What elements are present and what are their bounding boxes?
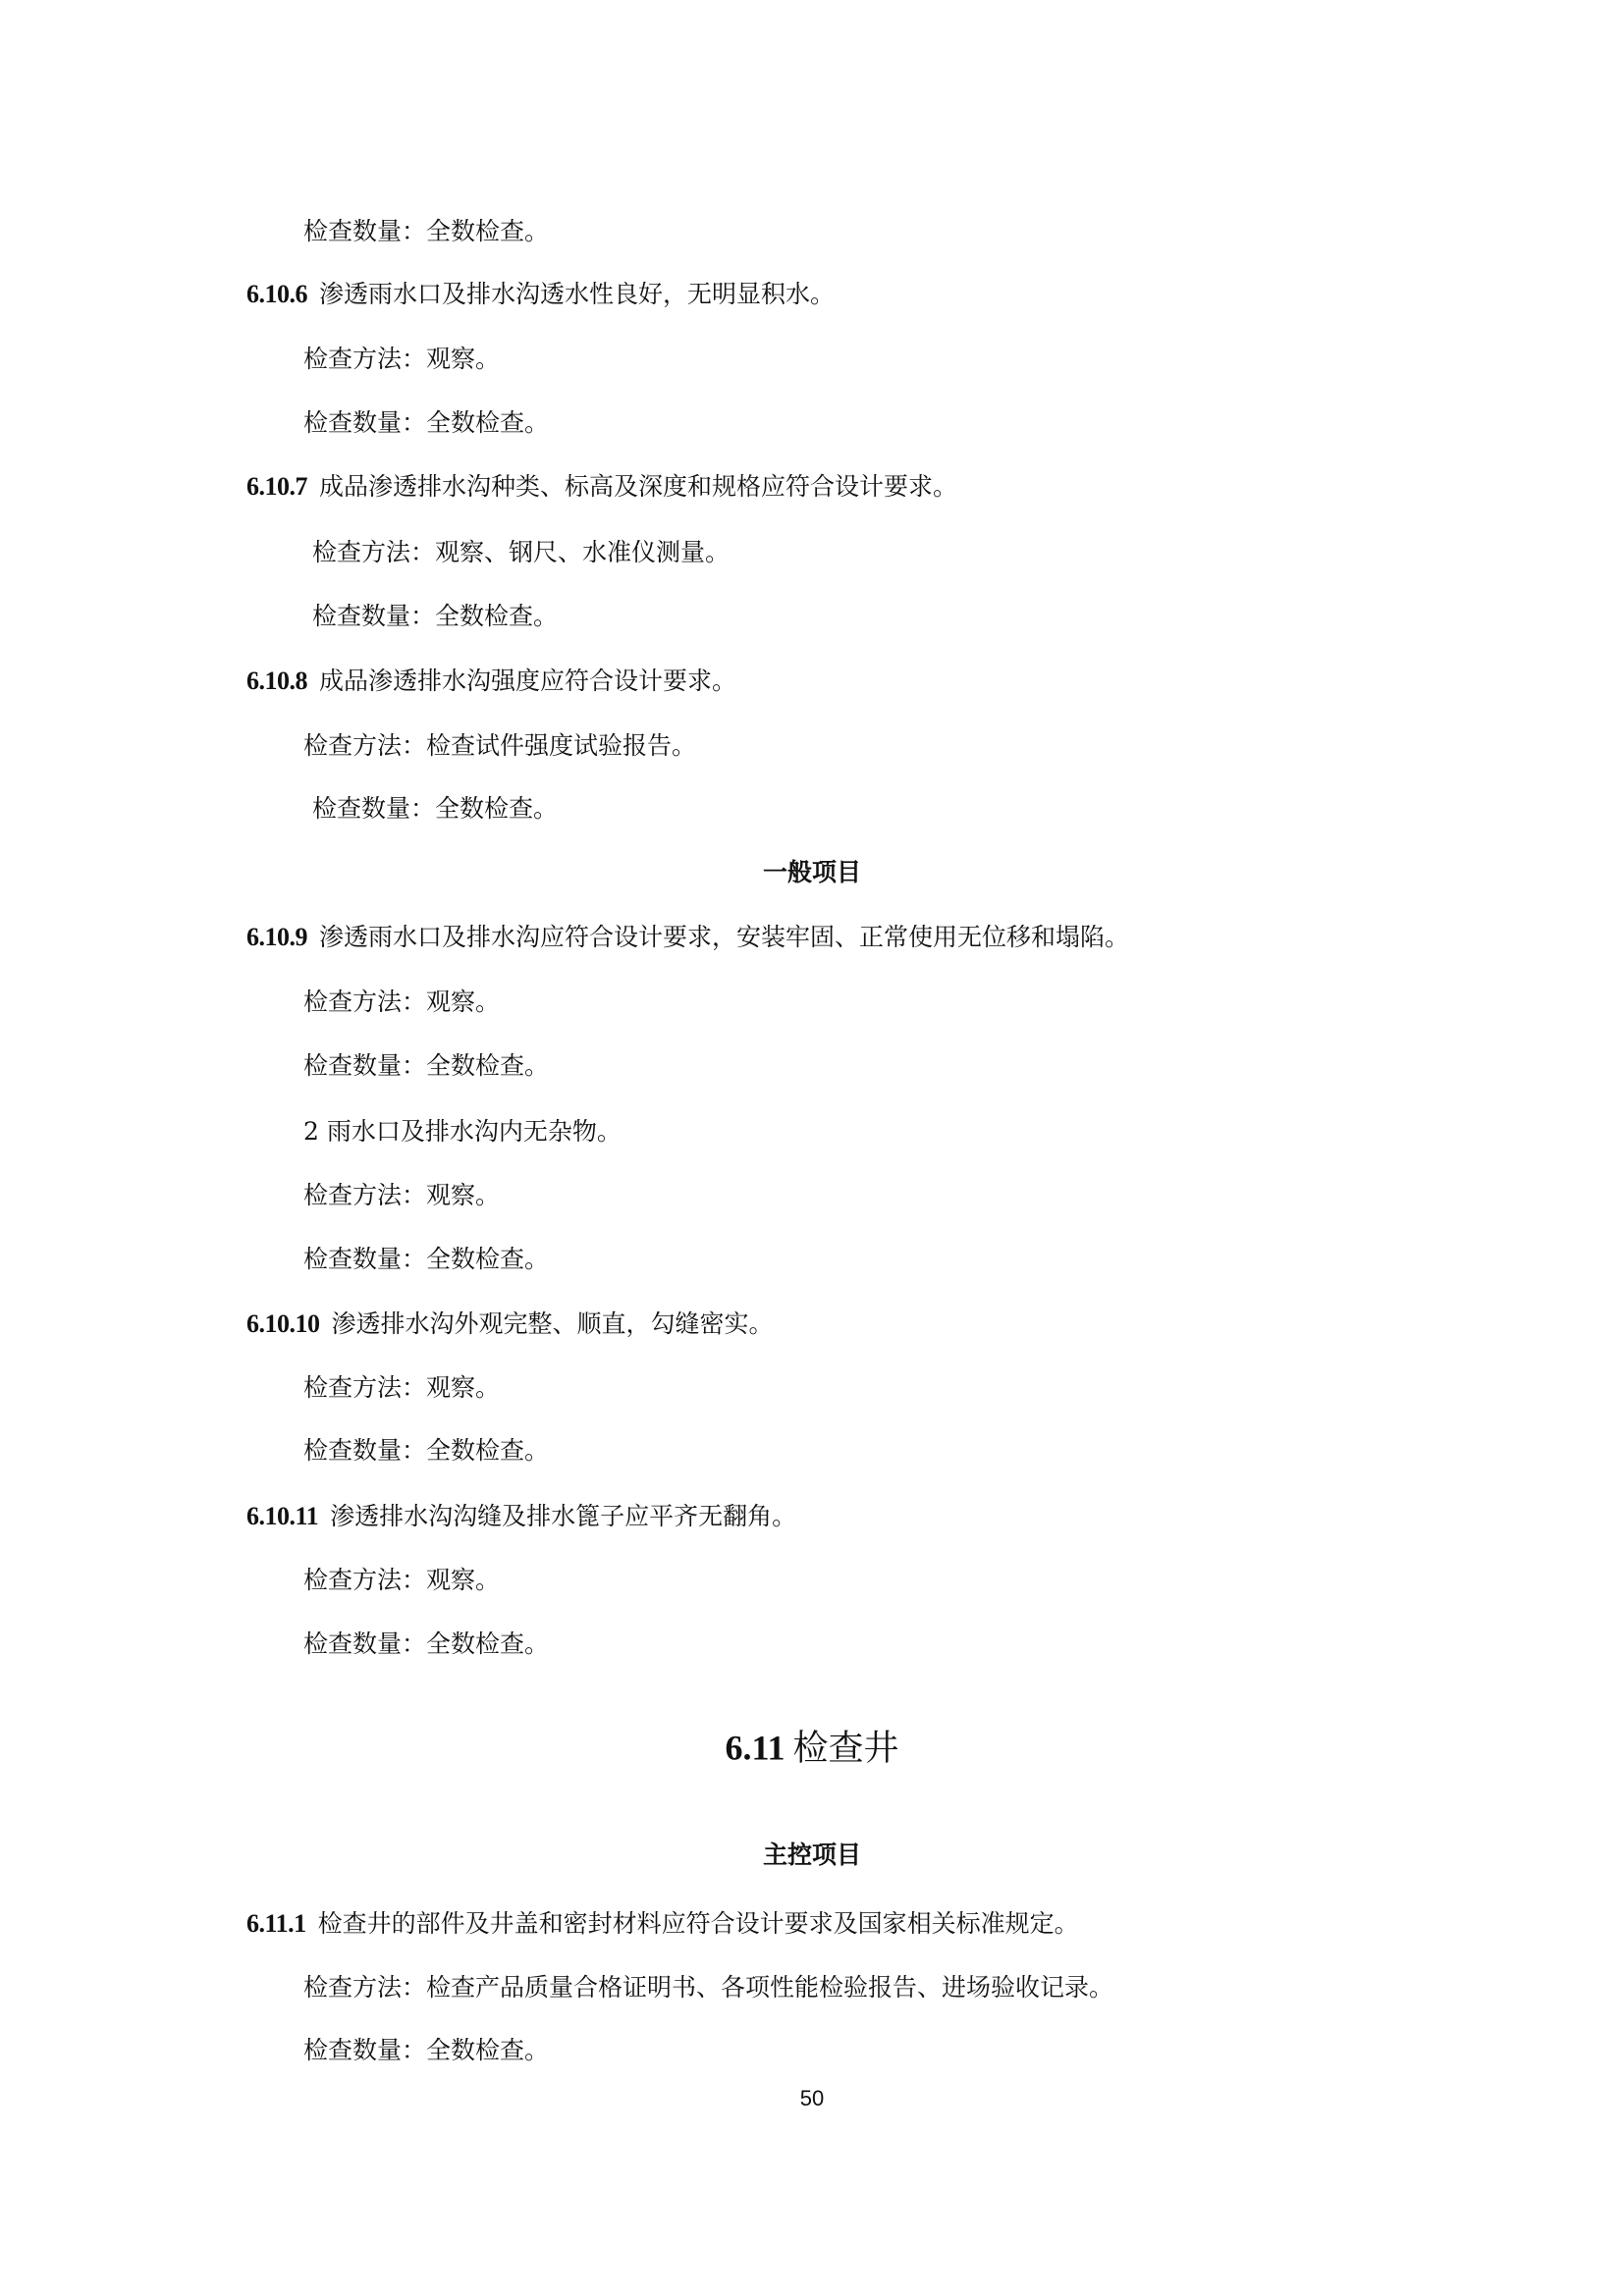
clause-6-10-6: 6.10.6渗透雨水口及排水沟透水性良好，无明显积水。 — [246, 280, 835, 309]
check-method-line: 检查方法：观察。 — [303, 1181, 500, 1210]
clause-6-11-1: 6.11.1检查井的部件及井盖和密封材料应符合设计要求及国家相关标准规定。 — [246, 1909, 1079, 1939]
check-method-line: 检查方法：观察。 — [303, 1566, 500, 1595]
section-title: 检查井 — [793, 1729, 899, 1769]
check-quantity-line: 检查数量：全数检查。 — [312, 794, 558, 824]
list-item-2: 2 雨水口及排水沟内无杂物。 — [303, 1117, 622, 1147]
clause-6-10-9: 6.10.9渗透雨水口及排水沟应符合设计要求，安装牢固、正常使用无位移和塌陷。 — [246, 923, 1129, 952]
clause-text: 渗透雨水口及排水沟透水性良好，无明显积水。 — [319, 280, 835, 308]
clause-number: 6.10.8 — [246, 667, 307, 695]
clause-text: 成品渗透排水沟强度应符合设计要求。 — [319, 667, 736, 695]
clause-number: 6.10.6 — [246, 280, 307, 308]
section-heading: 6.11检查井 — [0, 1721, 1624, 1771]
clause-6-10-7: 6.10.7成品渗透排水沟种类、标高及深度和规格应符合设计要求。 — [246, 472, 957, 502]
check-quantity-line: 检查数量：全数检查。 — [303, 217, 549, 246]
clause-6-10-10: 6.10.10渗透排水沟外观完整、顺直，勾缝密实。 — [246, 1309, 774, 1339]
clause-number: 6.11.1 — [246, 1909, 306, 1938]
clause-text: 渗透排水沟外观完整、顺直，勾缝密实。 — [332, 1309, 774, 1338]
clause-text: 渗透排水沟沟缝及排水篦子应平齐无翻角。 — [330, 1502, 796, 1530]
check-method-line: 检查方法：检查产品质量合格证明书、各项性能检验报告、进场验收记录。 — [303, 1973, 1113, 2002]
check-method-line: 检查方法：观察。 — [303, 345, 500, 374]
subheading-main-control-items: 主控项目 — [0, 1836, 1624, 1871]
check-quantity-line: 检查数量：全数检查。 — [303, 1051, 549, 1081]
clause-number: 6.10.10 — [246, 1309, 320, 1338]
check-quantity-line: 检查数量：全数检查。 — [303, 408, 549, 438]
check-method-line: 检查方法：观察。 — [303, 1373, 500, 1403]
check-method-line: 检查方法：检查试件强度试验报告。 — [303, 731, 696, 761]
clause-number: 6.10.9 — [246, 923, 307, 951]
clause-number: 6.10.7 — [246, 472, 307, 501]
check-method-line: 检查方法：观察。 — [303, 988, 500, 1017]
check-quantity-line: 检查数量：全数检查。 — [303, 1436, 549, 1466]
clause-number: 6.10.11 — [246, 1502, 318, 1530]
check-quantity-line: 检查数量：全数检查。 — [312, 602, 558, 631]
check-quantity-line: 检查数量：全数检查。 — [303, 1629, 549, 1659]
clause-text: 渗透雨水口及排水沟应符合设计要求，安装牢固、正常使用无位移和塌陷。 — [319, 923, 1129, 951]
check-quantity-line: 检查数量：全数检查。 — [303, 1245, 549, 1274]
clause-6-10-8: 6.10.8成品渗透排水沟强度应符合设计要求。 — [246, 667, 736, 696]
check-method-line: 检查方法：观察、钢尺、水准仪测量。 — [312, 538, 730, 567]
page-number: 50 — [0, 2086, 1624, 2111]
check-quantity-line: 检查数量：全数检查。 — [303, 2036, 549, 2065]
subheading-general-items: 一般项目 — [0, 853, 1624, 888]
section-number: 6.11 — [725, 1729, 785, 1768]
clause-text: 检查井的部件及井盖和密封材料应符合设计要求及国家相关标准规定。 — [318, 1909, 1079, 1938]
clause-6-10-11: 6.10.11渗透排水沟沟缝及排水篦子应平齐无翻角。 — [246, 1502, 796, 1531]
clause-text: 成品渗透排水沟种类、标高及深度和规格应符合设计要求。 — [319, 472, 957, 501]
